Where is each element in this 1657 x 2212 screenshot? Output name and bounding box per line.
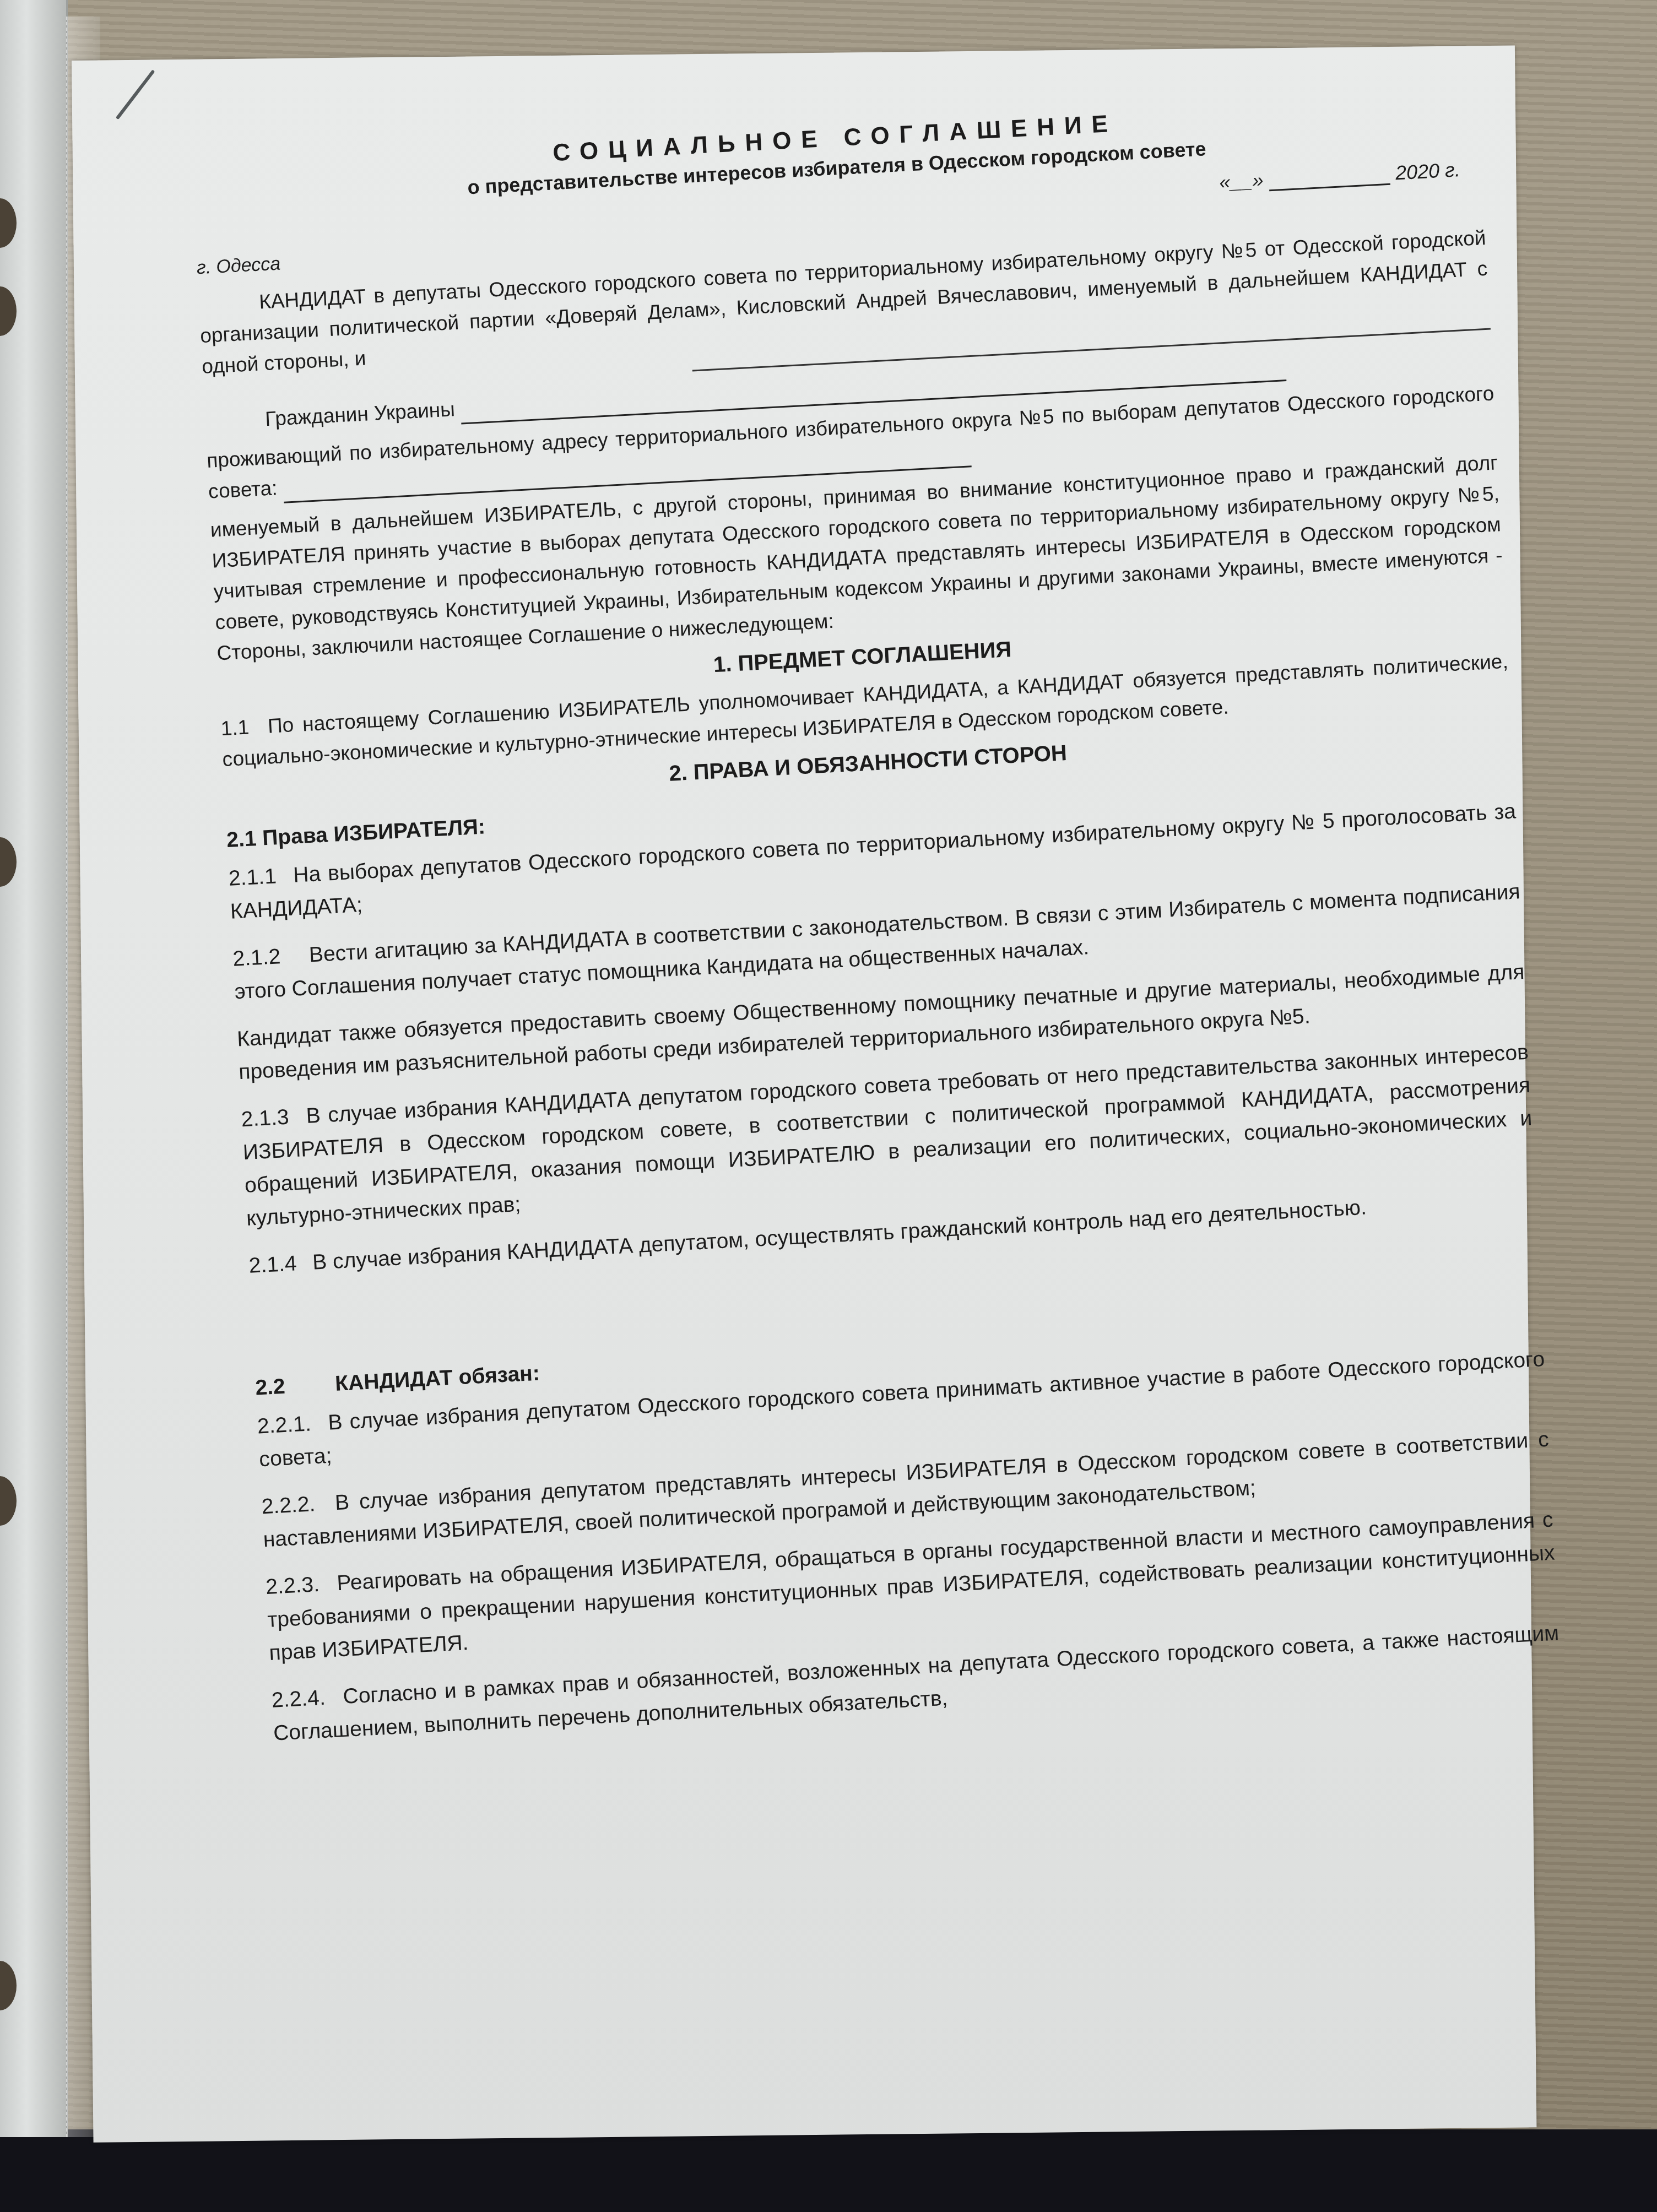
binder-hole xyxy=(0,286,17,336)
clause-number: 2.1.3 xyxy=(240,1101,290,1136)
clause-number: 2.1.4 xyxy=(248,1247,297,1282)
date-month-blank xyxy=(1269,167,1390,191)
document-body: СОЦИАЛЬНОЕ СОГЛАШЕНИЕ о представительств… xyxy=(188,30,1562,1764)
clause-number: 2.2.3. xyxy=(265,1568,321,1604)
citizen-label: Гражданин Украины xyxy=(264,398,455,430)
binder-hole xyxy=(0,198,17,248)
pen-mark xyxy=(116,69,155,120)
clause-number: 2.2.4. xyxy=(271,1682,327,1717)
subsection-number: 2.2 xyxy=(254,1375,285,1401)
date-day-blank: «__» xyxy=(1219,169,1264,193)
clause-number: 2.2.1. xyxy=(257,1407,312,1443)
binder-hole xyxy=(0,1961,17,2010)
clause-number: 2.1.2 xyxy=(232,940,281,975)
date-year: 2020 г. xyxy=(1395,158,1461,184)
binder-hole xyxy=(0,837,17,887)
document-page: СОЦИАЛЬНОЕ СОГЛАШЕНИЕ о представительств… xyxy=(72,46,1536,2143)
clause-number: 1.1 xyxy=(220,712,250,745)
dark-background-band xyxy=(0,2129,1657,2212)
subsection-title: КАНДИДАТ обязан: xyxy=(334,1362,540,1396)
binder-hole xyxy=(0,1476,17,1526)
clause-number: 2.1.1 xyxy=(228,860,277,895)
clause-number: 2.2.2. xyxy=(261,1488,316,1524)
binder-strip xyxy=(0,0,68,2137)
